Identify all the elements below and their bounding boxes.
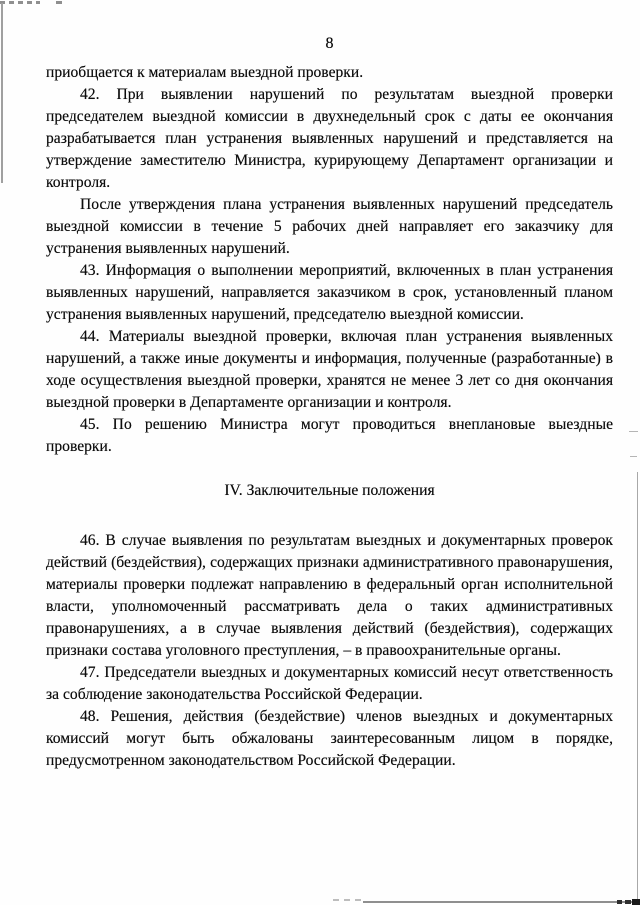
paragraph-43: 43. Информация о выполнении мероприятий,… — [46, 260, 613, 326]
paragraph-46: 46. В случае выявления по результатам вы… — [46, 530, 613, 662]
scan-artifact-bottom-right-corner — [632, 899, 640, 905]
scan-artifact-bottom-dashes — [333, 899, 365, 901]
scan-artifact-right-edge-line — [637, 472, 638, 905]
scan-artifact-bottom-dark-segment — [617, 900, 622, 904]
scanned-document-page: 8 приобщается к материалам выездной пров… — [0, 0, 640, 905]
paragraph-44: 44. Материалы выездной проверки, включая… — [46, 326, 613, 414]
scan-artifact-top-dash — [56, 1, 62, 4]
page-number: 8 — [46, 34, 613, 54]
paragraph-45: 45. По решению Министра могут проводитьс… — [46, 414, 613, 458]
paragraph-47: 47. Председатели выездных и документарны… — [46, 662, 613, 706]
scan-artifact-right-tick — [629, 431, 638, 432]
paragraph-48: 48. Решения, действия (бездействие) член… — [46, 706, 613, 772]
paragraph-continuation: приобщается к материалам выездной провер… — [46, 62, 613, 84]
section-heading-iv: IV. Заключительные положения — [46, 480, 613, 502]
document-content: 8 приобщается к материалам выездной пров… — [46, 34, 613, 772]
scan-artifact-top-dashes — [0, 1, 40, 4]
paragraph-42-followup: После утверждения плана устранения выявл… — [46, 194, 613, 260]
scan-artifact-right-tick — [630, 456, 637, 457]
scan-artifact-left-edge-line — [1, 3, 3, 183]
scan-artifact-bottom-edge-line — [363, 901, 640, 903]
paragraph-42: 42. При выявлении нарушений по результат… — [46, 84, 613, 194]
scan-artifact-bottom-dark-segment — [625, 900, 631, 904]
